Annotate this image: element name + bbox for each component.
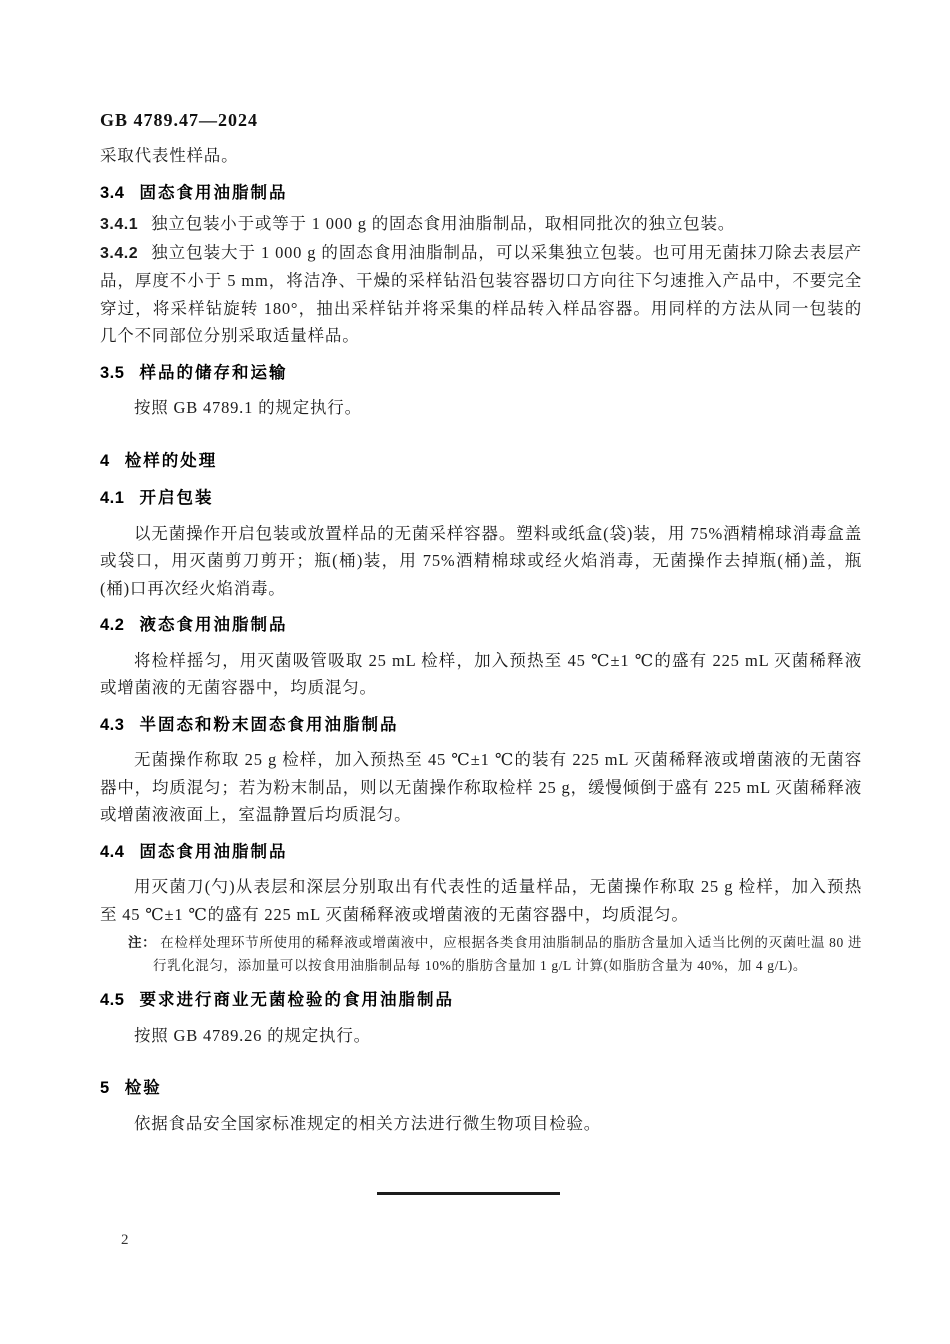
paragraph-text: 独立包装小于或等于 1 000 g 的固态食用油脂制品，取相同批次的独立包装。 (151, 214, 735, 233)
heading-number: 3.5 (100, 364, 124, 382)
paragraph: 用灭菌刀(勺)从表层和深层分别取出有代表性的适量样品，无菌操作称取 25 g 检… (100, 873, 862, 928)
paragraph-text: 独立包装大于 1 000 g 的固态食用油脂制品，可以采集独立包装。也可用无菌抹… (100, 243, 862, 346)
heading-title: 检样的处理 (125, 452, 218, 470)
paragraph: 无菌操作称取 25 g 检样，加入预热至 45 ℃±1 ℃的装有 225 mL … (100, 746, 862, 829)
chapter-heading-5: 5检验 (100, 1075, 862, 1103)
heading-title: 样品的储存和运输 (139, 364, 287, 382)
paragraph: 按照 GB 4789.1 的规定执行。 (100, 394, 862, 422)
chapter-heading-4: 4检样的处理 (100, 448, 862, 476)
page-footer: 2 (121, 1232, 129, 1249)
document-body: 采取代表性样品。3.4固态食用油脂制品3.4.1独立包装小于或等于 1 000 … (100, 142, 862, 1137)
clause-heading-4.5: 4.5要求进行商业无菌检验的食用油脂制品 (100, 987, 862, 1015)
paragraph: 以无菌操作开启包装或放置样品的无菌采样容器。塑料或纸盒(袋)装，用 75%酒精棉… (100, 520, 862, 603)
paragraph: 将检样摇匀，用灭菌吸管吸取 25 mL 检样，加入预热至 45 ℃±1 ℃的盛有… (100, 647, 862, 702)
heading-title: 检验 (125, 1079, 162, 1097)
standard-code: GB 4789.47—2024 (100, 110, 258, 130)
heading-title: 要求进行商业无菌检验的食用油脂制品 (139, 991, 454, 1009)
paragraph-number: 3.4.2 (100, 245, 138, 262)
clause-heading-4.3: 4.3半固态和粉末固态食用油脂制品 (100, 712, 862, 740)
clause-heading-3.4: 3.4固态食用油脂制品 (100, 180, 862, 208)
clause-heading-4.1: 4.1开启包装 (100, 485, 862, 513)
note-text: 在检样处理环节所使用的稀释液或增菌液中，应根据各类食用油脂制品的脂肪含量加入适当… (153, 935, 862, 973)
numbered-paragraph-3.4.1: 3.4.1独立包装小于或等于 1 000 g 的固态食用油脂制品，取相同批次的独… (100, 210, 862, 239)
heading-number: 4 (100, 452, 110, 470)
end-of-text-rule (377, 1192, 560, 1195)
numbered-paragraph-3.4.2: 3.4.2独立包装大于 1 000 g 的固态食用油脂制品，可以采集独立包装。也… (100, 239, 862, 350)
document-page: GB 4789.47—2024 采取代表性样品。3.4固态食用油脂制品3.4.1… (0, 0, 950, 1344)
page-number: 2 (121, 1232, 129, 1248)
heading-title: 液态食用油脂制品 (139, 616, 287, 634)
paragraph: 依据食品安全国家标准规定的相关方法进行微生物项目检验。 (100, 1110, 862, 1138)
clause-heading-4.4: 4.4固态食用油脂制品 (100, 839, 862, 867)
paragraph: 按照 GB 4789.26 的规定执行。 (100, 1022, 862, 1050)
heading-title: 固态食用油脂制品 (139, 184, 287, 202)
note-label: 注： (128, 935, 156, 950)
paragraph-number: 3.4.1 (100, 216, 138, 233)
document-content: GB 4789.47—2024 采取代表性样品。3.4固态食用油脂制品3.4.1… (100, 0, 862, 1137)
heading-number: 4.3 (100, 716, 124, 734)
heading-number: 4.1 (100, 489, 124, 507)
heading-number: 4.5 (100, 991, 124, 1009)
heading-number: 3.4 (100, 184, 124, 202)
heading-number: 4.2 (100, 616, 124, 634)
clause-heading-3.5: 3.5样品的储存和运输 (100, 360, 862, 388)
standard-code-header: GB 4789.47—2024 (100, 106, 862, 134)
heading-number: 4.4 (100, 843, 124, 861)
heading-title: 固态食用油脂制品 (139, 843, 287, 861)
heading-number: 5 (100, 1079, 110, 1097)
note-block: 注：在检样处理环节所使用的稀释液或增菌液中，应根据各类食用油脂制品的脂肪含量加入… (128, 931, 862, 977)
heading-title: 半固态和粉末固态食用油脂制品 (139, 716, 398, 734)
paragraph: 采取代表性样品。 (100, 142, 862, 170)
clause-heading-4.2: 4.2液态食用油脂制品 (100, 612, 862, 640)
heading-title: 开启包装 (139, 489, 213, 507)
